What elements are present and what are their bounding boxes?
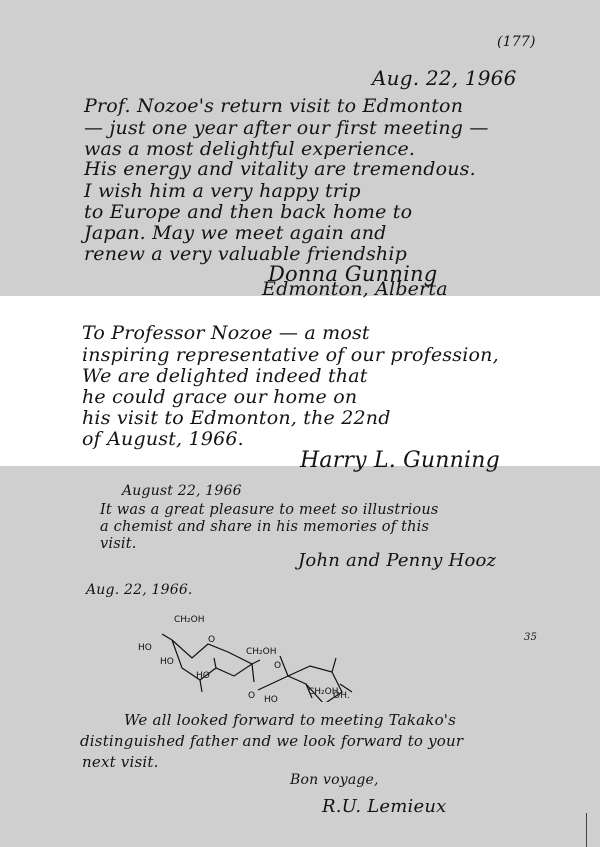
- note1-line: His energy and vitality are tremendous.: [84, 158, 476, 180]
- note1-line: Prof. Nozoe's return visit to Edmonton: [84, 95, 463, 117]
- label-oh: OH.: [333, 691, 350, 701]
- label-ho: HO: [196, 671, 210, 681]
- label-o: O: [248, 691, 255, 701]
- label-ho: HO: [160, 657, 174, 667]
- note3-line: a chemist and share in his memories of t…: [100, 519, 429, 536]
- note1-line: to Europe and then back home to: [84, 201, 412, 223]
- label-ch2oh: CH₂OH: [174, 615, 205, 625]
- label-o: O: [274, 661, 281, 671]
- note1-date: Aug. 22, 1966: [372, 66, 517, 90]
- label-ch2oh: CH₂OH: [246, 647, 277, 657]
- note4-line: distinguished father and we look forward…: [80, 731, 463, 751]
- note1-line: — just one year after our first meeting …: [84, 117, 489, 139]
- note1-line: was a most delightful experience.: [84, 138, 415, 160]
- page-number: (177): [497, 34, 536, 50]
- note4-date: Aug. 22, 1966.: [86, 582, 193, 598]
- note3-line: visit.: [100, 536, 137, 553]
- note3-date: August 22, 1966: [122, 483, 242, 499]
- note4-line: next visit.: [82, 752, 159, 772]
- note3-signature: John and Penny Hooz: [298, 550, 496, 571]
- note4-line: We all looked forward to meeting Takako'…: [124, 710, 456, 730]
- scan-edge-mark: [586, 813, 587, 847]
- note2-signature: Harry L. Gunning: [300, 448, 500, 473]
- note2-line: To Professor Nozoe — a most: [82, 322, 370, 344]
- note4-closing: Bon voyage,: [290, 772, 379, 788]
- note4-signature: R.U. Lemieux: [322, 796, 446, 817]
- label-ho: HO: [264, 695, 278, 702]
- note2-line: he could grace our home on: [82, 386, 357, 408]
- note3-line: It was a great pleasure to meet so illus…: [100, 502, 439, 519]
- note1-line: I wish him a very happy trip: [84, 180, 361, 202]
- note1-line: Japan. May we meet again and: [84, 222, 387, 244]
- margin-mark: 35: [524, 632, 537, 643]
- sucrose-structure-diagram: CH₂OH HO HO HO O O CH₂OH O CH₂OH HO: [130, 612, 410, 702]
- note2-line: his visit to Edmonton, the 22nd: [82, 407, 391, 429]
- note2-line: of August, 1966.: [82, 428, 244, 450]
- note2-line: inspiring representative of our professi…: [82, 344, 499, 366]
- label-ho: HO: [138, 643, 152, 653]
- note2-line: We are delighted indeed that: [82, 365, 368, 387]
- note1-location: Edmonton, Alberta: [262, 278, 448, 300]
- label-o: O: [208, 635, 215, 645]
